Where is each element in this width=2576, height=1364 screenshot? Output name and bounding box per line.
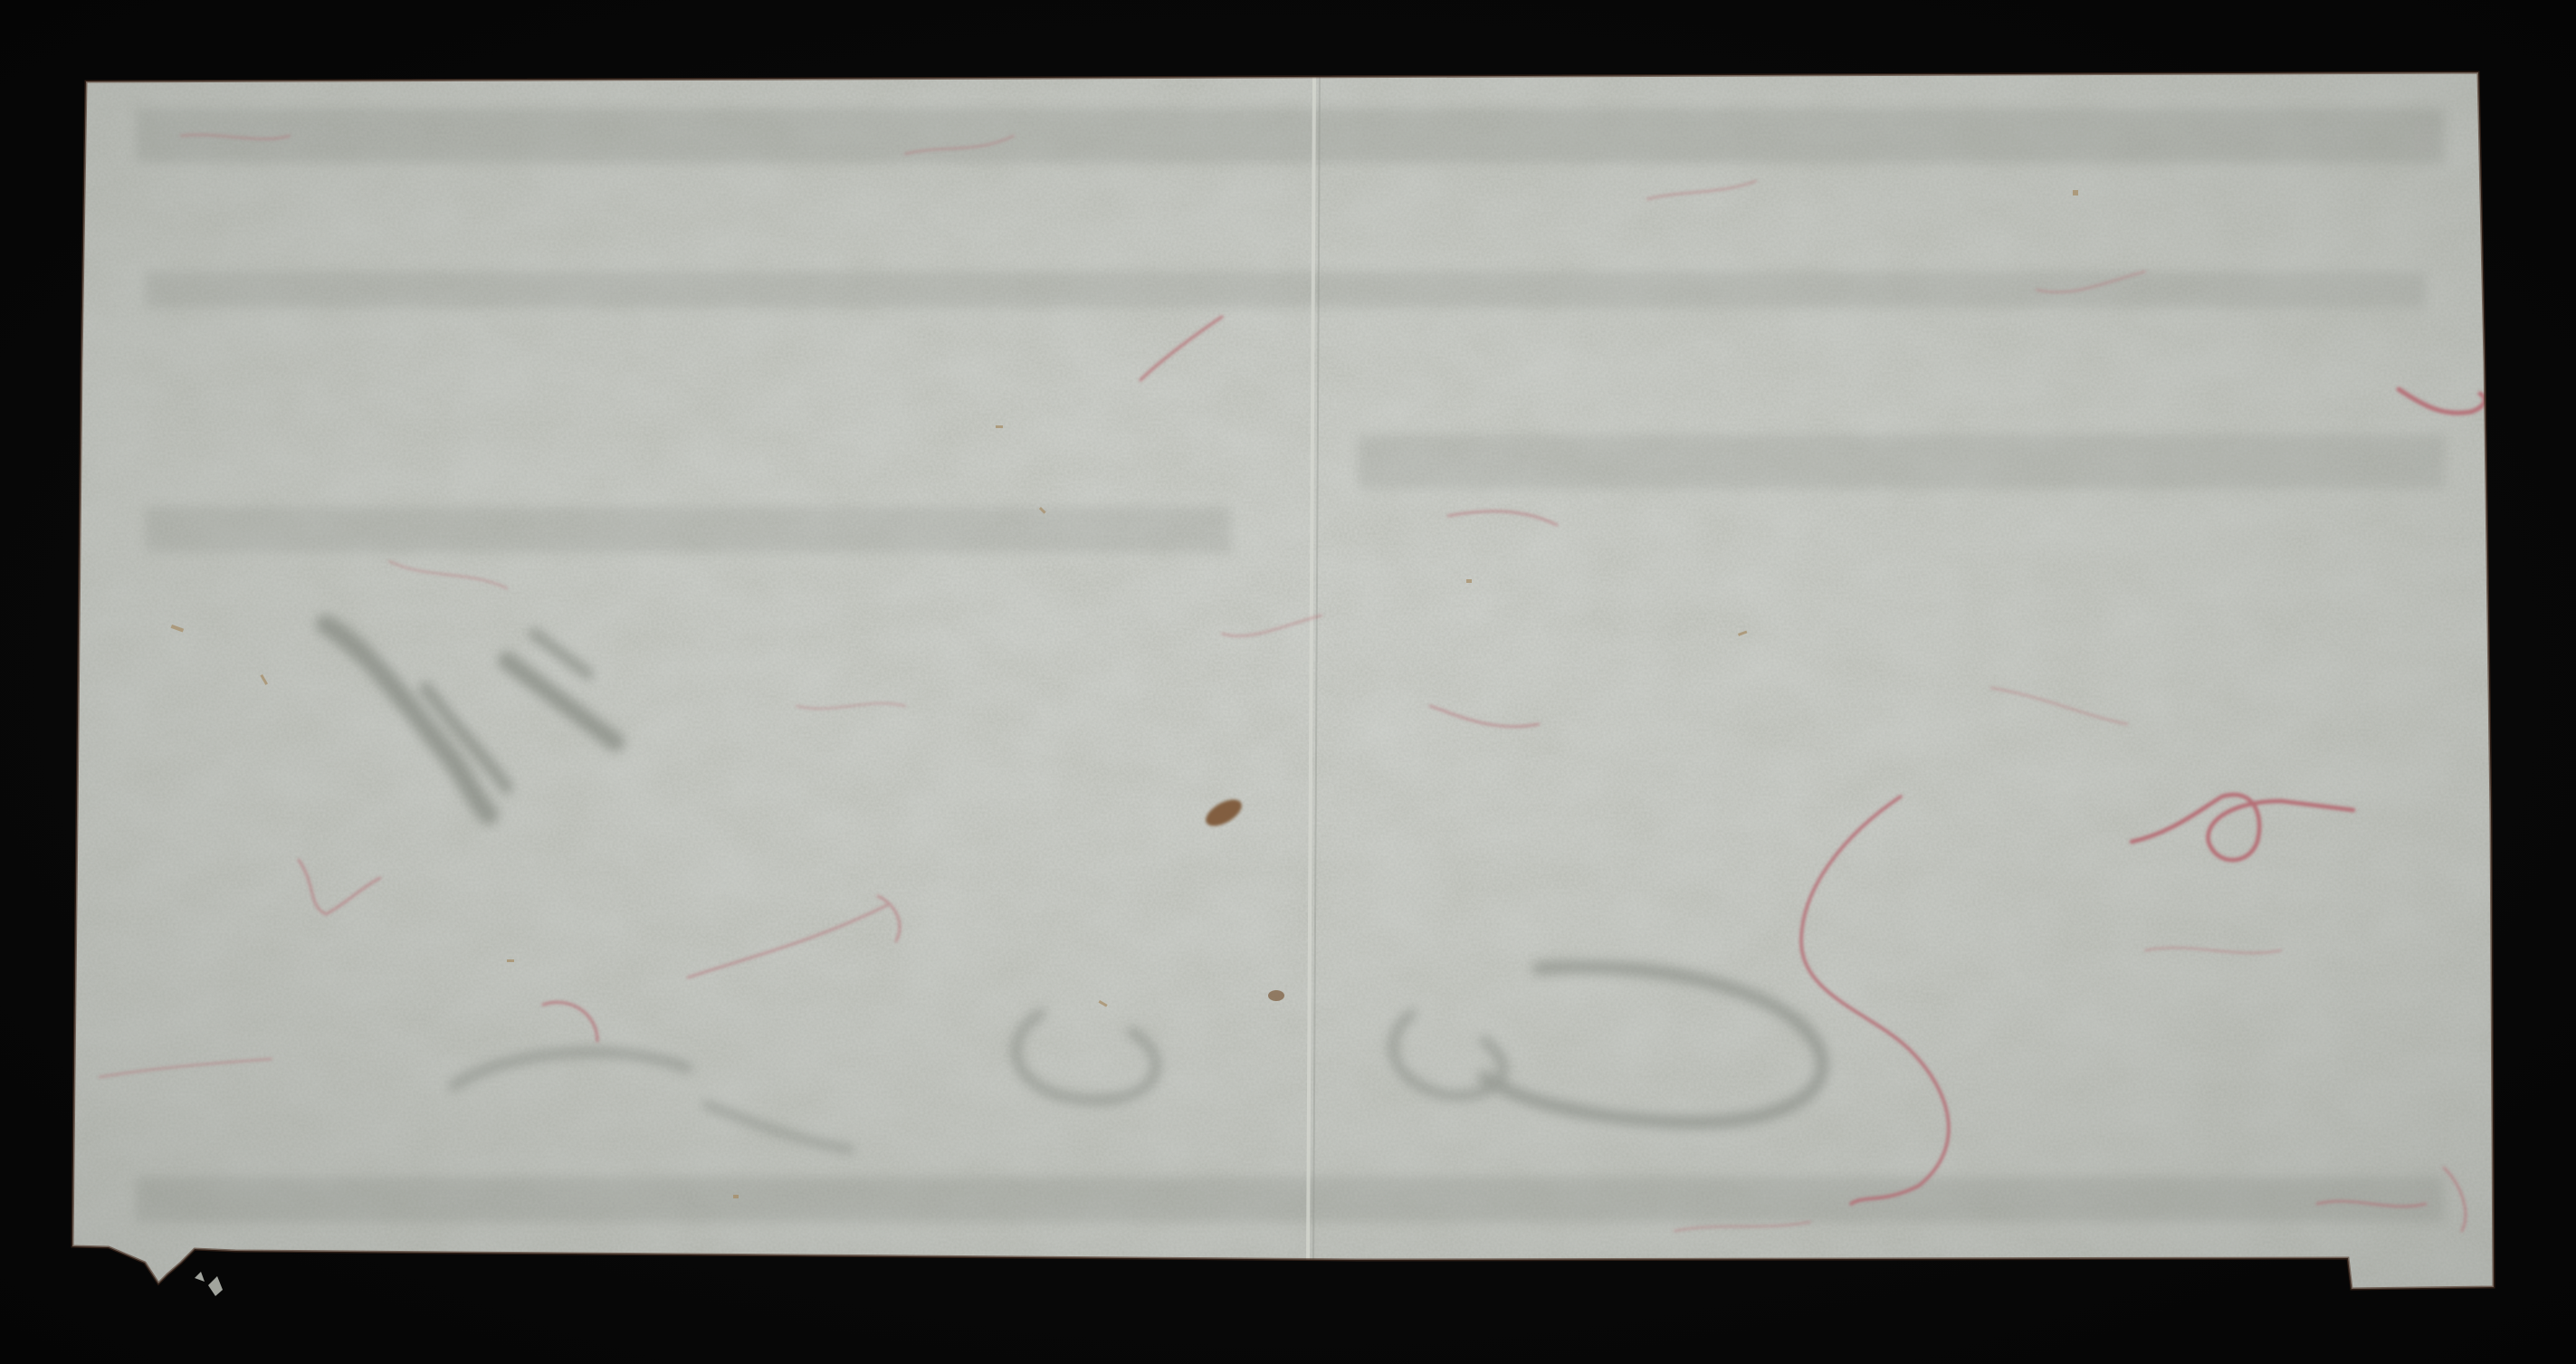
paper-fragment xyxy=(0,0,2576,1364)
photo-scene: Reverse side of a paper fragment with re… xyxy=(0,0,2576,1364)
torn-corner-bottom-left xyxy=(195,1272,223,1296)
